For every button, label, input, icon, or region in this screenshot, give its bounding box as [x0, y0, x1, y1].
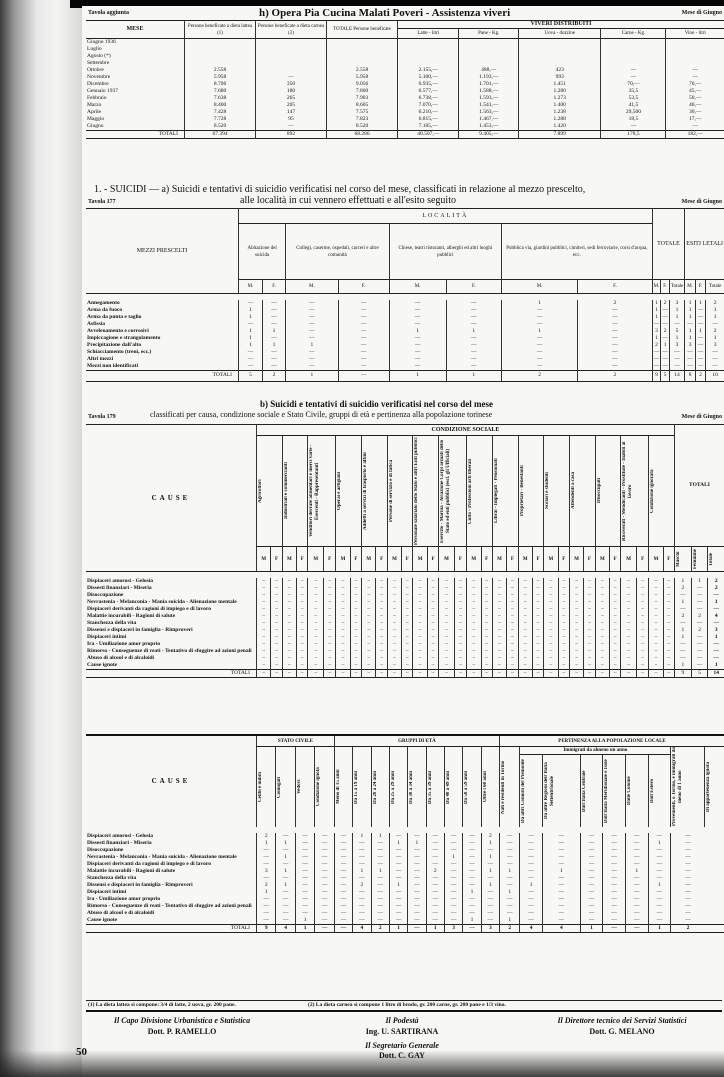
cell	[666, 60, 724, 67]
sub-col: M	[467, 547, 481, 572]
cell: –	[336, 592, 350, 599]
cell: –	[350, 662, 361, 670]
cell: –	[663, 599, 674, 606]
cell-t: —	[708, 620, 724, 627]
totals-label: TOTALI	[86, 669, 257, 677]
table-row: Schiacciamento (treni, ecc.)————————————…	[86, 349, 724, 356]
cell: –	[621, 641, 637, 648]
document-page: Tavola aggiunta h) Opera Pia Cucina Mala…	[82, 6, 724, 1077]
cell: —	[371, 910, 389, 917]
cell: –	[376, 613, 387, 620]
table-row: Abuso di alcool e di alcaloidi––––––––––…	[86, 655, 724, 662]
cell: —	[671, 910, 705, 917]
cell: —	[338, 321, 389, 328]
total-cell: 9	[257, 925, 276, 933]
cell: —	[371, 917, 389, 925]
cell: –	[282, 613, 296, 620]
cell: –	[336, 655, 350, 662]
cell: –	[257, 655, 271, 662]
row-label: Settembre	[86, 60, 185, 67]
cell: –	[467, 585, 481, 592]
cell: 1	[542, 868, 580, 875]
cell: –	[350, 578, 361, 585]
cell	[256, 60, 327, 67]
cell: —	[338, 363, 389, 371]
table-row: Stanchezza della vita–––––––––––––––––––…	[86, 620, 724, 627]
cell: –	[439, 634, 455, 641]
cell: —	[338, 335, 389, 342]
cell: –	[362, 627, 376, 634]
cell: –	[308, 599, 324, 606]
cell: 1	[652, 307, 661, 314]
cell: —	[578, 328, 652, 335]
cell: –	[336, 641, 350, 648]
cell: –	[427, 578, 438, 585]
cell: —	[426, 917, 444, 925]
table-row: Mezzi non identificati——————————————	[86, 363, 724, 371]
cell: —	[239, 363, 263, 371]
cell: –	[282, 606, 296, 613]
cell: —	[463, 868, 481, 875]
cell: –	[584, 627, 595, 634]
cell: —	[625, 882, 648, 889]
table-h: MESE Persone beneficate a dieta lattea (…	[86, 20, 724, 139]
cell: –	[507, 641, 518, 648]
cell: –	[362, 634, 376, 641]
cell: –	[595, 627, 609, 634]
cell: 5	[669, 328, 684, 335]
cell: –	[336, 662, 350, 670]
sub-col: M.	[239, 280, 263, 294]
cell: –	[350, 648, 361, 655]
cell: —	[408, 861, 426, 868]
col-eta: Da 50 a 59 anni	[463, 747, 481, 828]
cell: –	[282, 585, 296, 592]
cell-f: —	[691, 585, 708, 592]
cell: –	[350, 613, 361, 620]
cell: –	[362, 585, 376, 592]
cell: —	[578, 342, 652, 349]
cell: 1	[239, 314, 263, 321]
cell: —	[580, 854, 603, 861]
cell: —	[446, 363, 502, 371]
cell: —	[371, 875, 389, 882]
cell: –	[282, 620, 296, 627]
row-label: Stanchezza della vita	[86, 875, 257, 882]
cell: —	[334, 833, 352, 840]
total-cell: 2	[371, 925, 389, 933]
cell: —	[603, 889, 626, 896]
cell: –	[621, 599, 637, 606]
cell: –	[636, 627, 648, 634]
totals-label: TOTALI	[86, 370, 239, 381]
cell: 3	[669, 342, 684, 349]
cell: —	[502, 349, 578, 356]
cell-m: 1	[674, 578, 691, 585]
cell: —	[353, 854, 371, 861]
cell: –	[544, 648, 558, 655]
cell: –	[492, 599, 506, 606]
cell: –	[402, 585, 413, 592]
cell: —	[625, 854, 648, 861]
cell: —	[463, 847, 481, 854]
cell: —	[389, 321, 446, 328]
row-label: Dispiaceri intimi	[86, 634, 257, 641]
cell: 205	[256, 102, 327, 109]
row-label: Disoccupazione	[86, 847, 257, 854]
cell: 1.193,—	[459, 74, 519, 81]
table-row: Ira - Umiliazione amor proprio——————————…	[86, 896, 724, 903]
table-row: Aprile7.4281477.5756.210,—1.563,—1.23829…	[86, 109, 724, 116]
cell: –	[558, 627, 569, 634]
cell: —	[408, 896, 426, 903]
cell: —	[601, 123, 666, 131]
cell: –	[308, 613, 324, 620]
cell: –	[467, 662, 481, 670]
cell: —	[371, 861, 389, 868]
cell: –	[362, 669, 376, 677]
cell: —	[500, 854, 520, 861]
table-row: Marzo8.4002058.6057.070,—1.541,—1.40041,…	[86, 102, 724, 109]
row-label: Nevrastenia - Melanconia - Mania suicida…	[86, 599, 257, 606]
cell: –	[518, 627, 532, 634]
cell: —	[481, 861, 499, 868]
cell: 2	[661, 300, 670, 307]
cell: –	[439, 620, 455, 627]
cell: –	[518, 592, 532, 599]
cell: 70,—	[601, 81, 666, 88]
cell: 1	[669, 307, 684, 314]
cell-f: 1	[691, 578, 708, 585]
cell: –	[362, 592, 376, 599]
sub-col: F	[481, 547, 492, 572]
cell: —	[295, 896, 314, 903]
cell: –	[362, 641, 376, 648]
cell: –	[595, 648, 609, 655]
cell: –	[649, 641, 663, 648]
cell: —	[353, 847, 371, 854]
sub-col: F	[532, 547, 543, 572]
cell: 1	[520, 882, 543, 889]
total-cell: 2	[502, 370, 578, 381]
cell: –	[569, 641, 583, 648]
cell: —	[603, 861, 626, 868]
cell: –	[387, 627, 401, 634]
cell: —	[334, 903, 352, 910]
cell: 1	[444, 854, 462, 861]
cell: –	[308, 578, 324, 585]
cell: –	[584, 599, 595, 606]
row-label: Ira - Umiliazione amor proprio	[86, 896, 257, 903]
table-row: Malattie incurabili - Ragioni di salute3…	[86, 868, 724, 875]
col-condizione: Agricoltori	[257, 436, 283, 547]
cell: –	[427, 627, 438, 634]
cell: –	[413, 613, 427, 620]
cell: –	[454, 662, 466, 670]
cell: —	[671, 896, 705, 903]
cell: –	[336, 648, 350, 655]
col-viveri: Pane - Kg.	[459, 29, 519, 39]
cell: –	[282, 599, 296, 606]
cell: –	[532, 620, 543, 627]
cell: –	[297, 606, 308, 613]
cell: —	[625, 861, 648, 868]
cell	[519, 53, 601, 60]
cell: —	[666, 123, 724, 131]
cell: 1	[276, 882, 295, 889]
cell: –	[271, 606, 282, 613]
table-row: Dissensi e dispiaceri in famiglia - Rimp…	[86, 627, 724, 634]
col-condizione: Librai - Impiegati - Pensionati	[492, 436, 518, 547]
cell: —	[315, 903, 335, 910]
cell: —	[295, 854, 314, 861]
cell: —	[500, 847, 520, 854]
table-row: Asfissia——————————————	[86, 321, 724, 328]
cell: —	[652, 349, 661, 356]
cell: 2	[661, 328, 670, 335]
cell: –	[595, 641, 609, 648]
cell: —	[315, 875, 335, 882]
cell: —	[520, 889, 543, 896]
cell-f: —	[691, 662, 708, 670]
cell: –	[621, 578, 637, 585]
col-totale: TOTALE Persone beneficate	[327, 21, 398, 39]
table-row: Giugno8.520—8.5207.105,—1.453,—1.420——	[86, 123, 724, 131]
sub-col: Totale	[706, 280, 724, 294]
table-row: Arma da punta e taglio1———————1—11—1	[86, 314, 724, 321]
cell: –	[427, 620, 438, 627]
cell: –	[518, 634, 532, 641]
footnote-1: (1) La dieta lattea si compone: 3/4 di l…	[88, 1002, 236, 1008]
sig-center2-title: Il Segretario Generale	[302, 1041, 502, 1050]
total-cell: —	[315, 925, 335, 933]
cell: –	[454, 634, 466, 641]
cell: —	[625, 875, 648, 882]
cell: 1	[706, 335, 724, 342]
total-cell: 10	[706, 370, 724, 381]
table-h-label-right: Mese di Giugno	[682, 10, 722, 16]
cell: –	[569, 627, 583, 634]
cell: –	[649, 655, 663, 662]
cell: –	[376, 620, 387, 627]
row-label: Arma da fuoco	[86, 307, 239, 314]
cell: –	[663, 662, 674, 670]
cell: —	[520, 840, 543, 847]
cell: —	[625, 896, 648, 903]
cell: —	[338, 314, 389, 321]
sig-center-name: Ing. U. SARTIRANA	[302, 1027, 502, 1036]
cell: –	[610, 606, 621, 613]
sub-col: F	[454, 547, 466, 572]
cell: –	[595, 599, 609, 606]
col-stato-civile: Condizione ignota	[315, 747, 335, 828]
cell: 5.958	[327, 74, 398, 81]
row-label: Novembre	[86, 74, 185, 81]
cell: –	[257, 641, 271, 648]
cell: –	[569, 599, 583, 606]
cell: –	[518, 648, 532, 655]
cell: –	[324, 585, 336, 592]
total-cell: 1	[295, 925, 314, 933]
cell-m: 1	[674, 627, 691, 634]
total-cell: 7.899	[519, 131, 601, 139]
cell: —	[481, 889, 499, 896]
cell	[459, 53, 519, 60]
cell: –	[621, 620, 637, 627]
footnote-2: (2) La dieta carnea si compone 1 litro d…	[308, 1002, 506, 1008]
cell: –	[308, 669, 324, 677]
table-row: Dispiaceri intimi–––––––––––––––––––––––…	[86, 634, 724, 641]
cell: —	[426, 882, 444, 889]
totals-row: TOTALI––––––––––––––––––––––––––––––––95…	[86, 669, 724, 677]
cell: —	[661, 314, 670, 321]
cell: —	[338, 300, 389, 307]
cell	[601, 53, 666, 60]
cell: –	[439, 662, 455, 670]
cell-t: —	[708, 641, 724, 648]
cell: –	[649, 634, 663, 641]
cell: —	[695, 314, 705, 321]
cell	[601, 60, 666, 67]
cell: 1	[695, 300, 705, 307]
cell: —	[286, 356, 338, 363]
cell: —	[371, 854, 389, 861]
cell: —	[295, 903, 314, 910]
col-condizione-label: Culto - Professioni arti liberali	[468, 436, 474, 546]
row-label: Dissensi e dispiaceri in famiglia - Rimp…	[86, 882, 257, 889]
col-condizione: Industriali e commercianti	[282, 436, 308, 547]
cell: –	[271, 662, 282, 670]
cell: –	[336, 599, 350, 606]
cell: —	[315, 840, 335, 847]
cell: —	[661, 356, 670, 363]
col-condizione: Proprietari - Benestanti	[518, 436, 544, 547]
cell: –	[595, 620, 609, 627]
table-b-heading: b) Suicidi e tentativi di suicidio verif…	[260, 399, 493, 409]
cell: –	[544, 592, 558, 599]
cell: —	[389, 335, 446, 342]
col-condizione-label: Condizione ignorata	[650, 436, 656, 546]
sub-col-totali: Totale	[708, 547, 724, 572]
cell: –	[492, 669, 506, 677]
cell: —	[315, 833, 335, 840]
total-t: 14	[708, 669, 724, 677]
cell	[398, 39, 459, 47]
cell: 1	[685, 328, 696, 335]
cell: 1	[257, 840, 276, 847]
cell: —	[334, 854, 352, 861]
cell: 7.728	[185, 116, 256, 123]
cell: 8.706	[185, 81, 256, 88]
cell: —	[671, 833, 705, 840]
cell: 1.420	[519, 123, 601, 131]
cell: –	[544, 613, 558, 620]
cell: –	[663, 627, 674, 634]
cell: –	[663, 655, 674, 662]
cell: –	[427, 648, 438, 655]
cell: 2.155,—	[398, 67, 459, 74]
cell: 9.056	[327, 81, 398, 88]
cell-m: —	[674, 606, 691, 613]
table-b-label-left: Tavola 179	[88, 414, 116, 420]
total-cell: 14	[669, 370, 684, 381]
cell: —	[295, 840, 314, 847]
cell: –	[308, 627, 324, 634]
cell: –	[427, 585, 438, 592]
cell: –	[271, 599, 282, 606]
cell: –	[569, 592, 583, 599]
cell: –	[584, 606, 595, 613]
sub-col: M	[413, 547, 427, 572]
cell: —	[262, 335, 285, 342]
cell: —	[446, 321, 502, 328]
cell: 6.210,—	[398, 109, 459, 116]
cell: —	[578, 363, 652, 371]
cell: —	[426, 840, 444, 847]
cell: —	[648, 847, 671, 854]
cell: —	[603, 896, 626, 903]
cell: 7.680	[185, 88, 256, 95]
cell: —	[276, 917, 295, 925]
cell: —	[257, 847, 276, 854]
table-row: Agosto (*)	[86, 53, 724, 60]
cell: —	[371, 889, 389, 896]
cell: –	[427, 606, 438, 613]
cell: –	[532, 669, 543, 677]
cell: —	[389, 349, 446, 356]
row-label: Dispiaceri amorosi - Gelosia	[86, 578, 257, 585]
cell: –	[324, 669, 336, 677]
cell: —	[481, 896, 499, 903]
cell: —	[580, 882, 603, 889]
cell: —	[666, 74, 724, 81]
cell: 1	[685, 307, 696, 314]
sub-col: F	[427, 547, 438, 572]
cell: —	[520, 854, 543, 861]
col-mese: MESE	[86, 21, 185, 39]
cell: 3	[652, 328, 661, 335]
total-cell: 2	[671, 925, 705, 933]
cell: —	[580, 896, 603, 903]
cell: –	[427, 592, 438, 599]
cell: –	[308, 606, 324, 613]
cell-t: 3	[708, 627, 724, 634]
cell: —	[257, 875, 276, 882]
row-label: Dicembre	[86, 81, 185, 88]
cell: –	[282, 662, 296, 670]
cell: —	[463, 903, 481, 910]
cell: –	[282, 655, 296, 662]
total-cell: 1	[446, 370, 502, 381]
cell: –	[324, 592, 336, 599]
col-immigrati: Dalle Colonie	[625, 755, 648, 827]
cell: —	[286, 328, 338, 335]
total-cell: —	[408, 925, 426, 933]
cell: —	[695, 363, 705, 371]
cell: —	[257, 917, 276, 925]
cell: –	[387, 641, 401, 648]
cell: –	[467, 578, 481, 585]
sub-col: F	[584, 547, 595, 572]
col-condizione-label: Librai - Impiegati - Pensionati	[494, 436, 500, 546]
cell: —	[542, 903, 580, 910]
cell: —	[578, 349, 652, 356]
cell: —	[542, 875, 580, 882]
cell: 1.467,—	[459, 116, 519, 123]
cell: 2	[578, 300, 652, 307]
cell: —	[603, 903, 626, 910]
cell: —	[500, 875, 520, 882]
